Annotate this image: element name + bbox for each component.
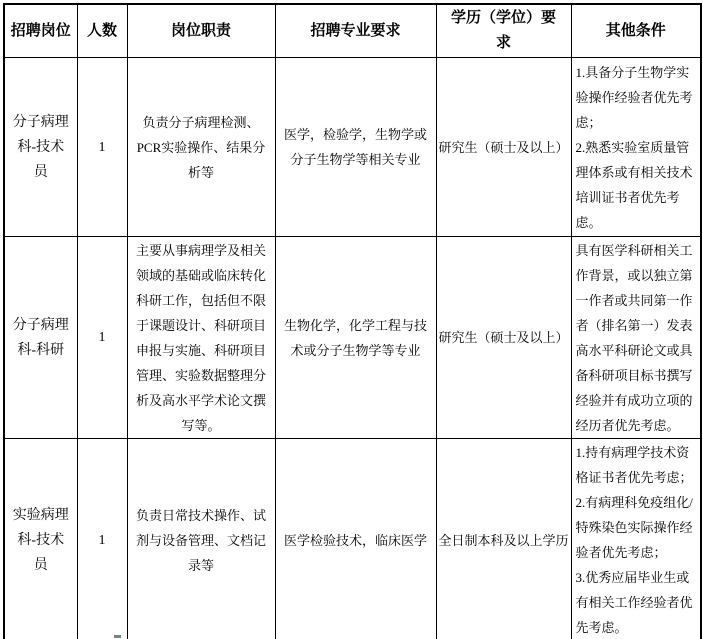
cell-position: 分子病理科-科研 bbox=[4, 237, 77, 439]
cell-headcount: 1 bbox=[77, 237, 127, 439]
header-major-requirements: 招聘专业要求 bbox=[275, 4, 436, 58]
other-condition-item: 2.有病理科免疫组化/特殊染色实际操作经验者优先考虑； bbox=[576, 490, 697, 565]
cell-education: 全日制本科及以上学历 bbox=[436, 439, 571, 639]
cell-duties: 负责分子病理检测、PCR实验操作、结果分析等 bbox=[127, 58, 275, 237]
cell-headcount: 1 bbox=[77, 439, 127, 639]
other-condition-item: 具有医学科研相关工作背景，或以独立第一作者或共同第一作者（排名第一）发表高水平科… bbox=[576, 238, 697, 438]
table-row-molecular-pathology-research: 分子病理科-科研 1 主要从事病理学及相关领域的基础或临床转化科研工作，包括但不… bbox=[4, 237, 701, 439]
cell-position: 实验病理科-技术员 bbox=[4, 439, 77, 639]
cell-other-conditions: 1.持有病理学技术资格证书者优先考虑； 2.有病理科免疫组化/特殊染色实际操作经… bbox=[571, 439, 701, 639]
recruitment-notice-page: 招聘岗位 人数 岗位职责 招聘专业要求 学历（学位）要求 其他条件 分子病理科-… bbox=[0, 0, 703, 639]
cell-education: 研究生（硕士及以上） bbox=[436, 58, 571, 237]
cell-duties: 负责日常技术操作、试剂与设备管理、文档记录等 bbox=[127, 439, 275, 639]
header-other-conditions: 其他条件 bbox=[571, 4, 701, 58]
cell-duties: 主要从事病理学及相关领域的基础或临床转化科研工作，包括但不限于课题设计、科研项目… bbox=[127, 237, 275, 439]
header-headcount: 人数 bbox=[77, 4, 127, 58]
header-education: 学历（学位）要求 bbox=[436, 4, 571, 58]
cell-major-requirements: 医学，检验学，生物学或分子生物学等相关专业 bbox=[275, 58, 436, 237]
cell-headcount: 1 bbox=[77, 58, 127, 237]
artifact-mark bbox=[114, 635, 121, 638]
table-row-experimental-pathology-technician: 实验病理科-技术员 1 负责日常技术操作、试剂与设备管理、文档记录等 医学检验技… bbox=[4, 439, 701, 639]
cell-major-requirements: 医学检验技术，临床医学 bbox=[275, 439, 436, 639]
cell-other-conditions: 具有医学科研相关工作背景，或以独立第一作者或共同第一作者（排名第一）发表高水平科… bbox=[571, 237, 701, 439]
header-duties: 岗位职责 bbox=[127, 4, 275, 58]
header-row: 招聘岗位 人数 岗位职责 招聘专业要求 学历（学位）要求 其他条件 bbox=[4, 4, 701, 58]
other-condition-item: 1.持有病理学技术资格证书者优先考虑； bbox=[576, 440, 697, 490]
cell-major-requirements: 生物化学，化学工程与技术或分子生物学等专业 bbox=[275, 237, 436, 439]
cell-other-conditions: 1.具备分子生物学实验操作经验者优先考虑； 2.熟悉实验室质量管理体系或有相关技… bbox=[571, 58, 701, 237]
other-condition-item: 1.具备分子生物学实验操作经验者优先考虑； bbox=[576, 60, 697, 135]
header-position: 招聘岗位 bbox=[4, 4, 77, 58]
recruitment-table: 招聘岗位 人数 岗位职责 招聘专业要求 学历（学位）要求 其他条件 分子病理科-… bbox=[3, 3, 702, 639]
cell-position: 分子病理科-技术员 bbox=[4, 58, 77, 237]
table-row-molecular-pathology-technician: 分子病理科-技术员 1 负责分子病理检测、PCR实验操作、结果分析等 医学，检验… bbox=[4, 58, 701, 237]
other-condition-item: 3.优秀应届毕业生或有相关工作经验者优先考虑。 bbox=[576, 565, 697, 639]
other-condition-item: 2.熟悉实验室质量管理体系或有相关技术培训证书者优先考虑。 bbox=[576, 135, 697, 235]
cell-education: 研究生（硕士及以上） bbox=[436, 237, 571, 439]
